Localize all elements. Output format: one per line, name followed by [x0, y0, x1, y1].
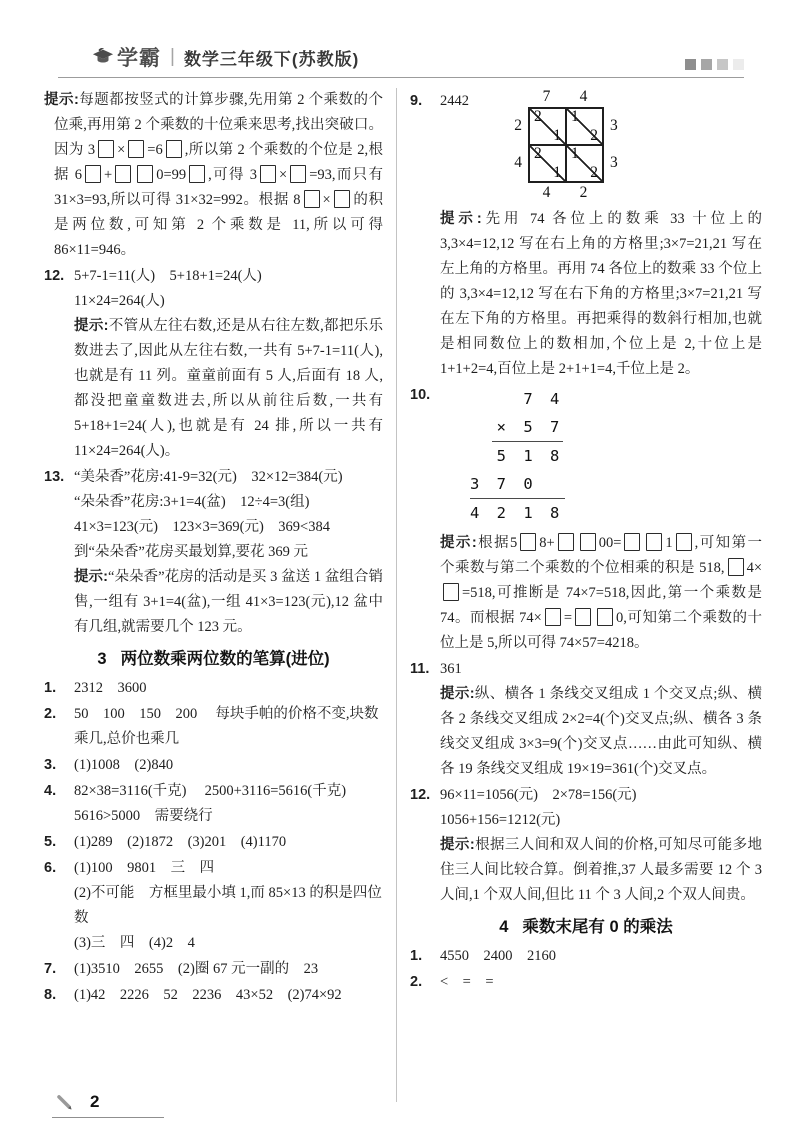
answer-line: 5616>5000 需要绕行: [74, 804, 383, 829]
answer-item-1: 1. 2312 3600: [44, 676, 383, 701]
lattice-cell-lower: 2: [590, 165, 598, 181]
item-body: 2442 7 4 2 4: [440, 89, 762, 382]
answer-line: “朵朵香”花房:3+1=4(盆) 12÷4=3(组): [74, 490, 383, 515]
lattice-label: 4: [565, 87, 602, 107]
item-body: 50 100 150 200 每块手帕的价格不变,块数乘几,总价也乘几: [74, 702, 383, 752]
item-number: 11.: [410, 657, 440, 782]
vmult-row: 4 2 1 8: [470, 499, 563, 527]
item-body: (1)42 2226 52 2236 43×52 (2)74×92: [74, 983, 383, 1008]
hint-text: 根据58+00=1,可知第一个乘数与第二个乘数的个位相乘的积是 518,4×=5…: [440, 535, 762, 651]
lattice-grid: 2 1 1 2 2 1: [528, 107, 604, 183]
hint-text: 先用 74 各位上的数乘 33 十位上的 3,3×4=12,12 写在右上角的方…: [440, 211, 762, 377]
item-body: 82×38=3116(千克) 2500+3116=5616(千克) 5616>5…: [74, 779, 383, 829]
answer-item-13: 13. “美朵香”花房:41-9=32(元) 32×12=384(元) “朵朵香…: [44, 465, 383, 640]
item-body: 7 4 × 5 7 5 1 8 3 7 0 4 2 1 8 提示:根据58+00…: [440, 383, 762, 656]
item-number: 2.: [44, 702, 74, 752]
item-number: 12.: [44, 264, 74, 464]
page-footer: 2: [52, 1092, 164, 1118]
answer-line: (1)3510 2655 (2)圈 67 元一副的 23: [74, 957, 383, 982]
item-body: (1)289 (2)1872 (3)201 (4)1170: [74, 830, 383, 855]
answer-item-6: 6. (1)100 9801 三 四 (2)不可能 方框里最小填 1,而 85×…: [44, 856, 383, 956]
answer-line: 96×11=1056(元) 2×78=156(元): [440, 783, 762, 808]
answer-item-1-s4: 1. 4550 2400 2160: [410, 944, 762, 969]
answer-line: 到“朵朵香”花房买最划算,要花 369 元: [74, 540, 383, 565]
empty-answer-box: [115, 165, 131, 183]
item-body: 96×11=1056(元) 2×78=156(元) 1056+156=1212(…: [440, 783, 762, 908]
hint-paragraph: 提示:先用 74 各位上的数乘 33 十位上的 3,3×4=12,12 写在右上…: [440, 207, 762, 382]
vertical-multiplication: 7 4 × 5 7 5 1 8 3 7 0 4 2 1 8: [470, 385, 563, 527]
item-number: 2.: [410, 970, 440, 995]
lattice-cell: 1 2: [566, 145, 603, 182]
hint-paragraph: 提示:根据58+00=1,可知第一个乘数与第二个乘数的个位相乘的积是 518,4…: [440, 531, 762, 656]
vmult-row: 7 4: [470, 385, 563, 413]
right-column: 9. 2442 7 4 2 4: [397, 88, 762, 1102]
empty-answer-box: [558, 533, 574, 551]
corner-square: [733, 59, 744, 70]
lattice-right-labels: 3 3: [604, 107, 625, 183]
hint-paragraph-continued: 提示:每题都按竖式的计算步骤,先用第 2 个乘数的个位乘,再用第 2 个乘数的十…: [44, 88, 383, 263]
section-number: 3: [97, 650, 106, 668]
empty-answer-box: [580, 533, 596, 551]
lattice-label: 4: [507, 144, 528, 181]
answer-item-3: 3. (1)1008 (2)840: [44, 753, 383, 778]
empty-answer-box: [520, 533, 536, 551]
book-title: 数学三年级下(苏教版): [184, 45, 359, 70]
lattice-bottom-labels: 4 2: [528, 183, 625, 203]
lattice-cell: 2 1: [529, 108, 566, 145]
empty-answer-box: [334, 190, 350, 208]
answer-line: (1)42 2226 52 2236 43×52 (2)74×92: [74, 983, 383, 1008]
item-body: 361 提示:纵、横各 1 条线交叉组成 1 个交叉点;纵、横各 2 条线交叉组…: [440, 657, 762, 782]
item-body: < = =: [440, 970, 762, 995]
answer-line: 2312 3600: [74, 676, 383, 701]
answer-item-5: 5. (1)289 (2)1872 (3)201 (4)1170: [44, 830, 383, 855]
lattice-label: 2: [507, 107, 528, 144]
answer-line: 4550 2400 2160: [440, 944, 762, 969]
answer-line: (3)三 四 (4)2 4: [74, 931, 383, 956]
empty-answer-box: [85, 165, 101, 183]
lattice-cell-lower: 1: [553, 128, 561, 144]
item-number: 10.: [410, 383, 440, 656]
hint-text: 每题都按竖式的计算步骤,先用第 2 个乘数的个位乘,再用第 2 个乘数的十位乘来…: [54, 92, 383, 258]
item-number: 4.: [44, 779, 74, 829]
lattice-label: 3: [604, 107, 625, 144]
item-number: 7.: [44, 957, 74, 982]
item-body: (1)3510 2655 (2)圈 67 元一副的 23: [74, 957, 383, 982]
item-number: 8.: [44, 983, 74, 1008]
hint-text: 根据三人间和双人间的价格,可知尽可能多地住三人间比较合算。倒着推,37 人最多需…: [440, 837, 762, 903]
brand-logo: 学霸: [92, 42, 161, 72]
hint-label: 提示:: [440, 535, 477, 551]
hint-label: 提示:: [74, 569, 108, 585]
lattice-top-labels: 7 4: [528, 87, 625, 107]
lattice-cell: 1 2: [566, 108, 603, 145]
section-number: 4: [499, 918, 508, 936]
empty-answer-box: [443, 583, 459, 601]
lattice-cell: 2 1: [529, 145, 566, 182]
brand-logo-text: 学霸: [117, 42, 161, 72]
corner-square: [717, 59, 728, 70]
answer-line: 50 100 150 200 每块手帕的价格不变,块数乘几,总价也乘几: [74, 702, 383, 752]
answer-item-8: 8. (1)42 2226 52 2236 43×52 (2)74×92: [44, 983, 383, 1008]
answer-line: (2)不可能 方框里最小填 1,而 85×13 的积是四位数: [74, 881, 383, 931]
answer-item-2-s4: 2. < = =: [410, 970, 762, 995]
section-heading-4: 4乘数末尾有 0 的乘法: [410, 915, 762, 940]
empty-answer-box: [728, 558, 744, 576]
answer-item-11: 11. 361 提示:纵、横各 1 条线交叉组成 1 个交叉点;纵、横各 2 条…: [410, 657, 762, 782]
empty-answer-box: [290, 165, 306, 183]
item-number: 13.: [44, 465, 74, 640]
vmult-row: × 5 7: [470, 413, 563, 441]
answer-value: 2442: [440, 89, 469, 114]
answer-line: 5+7-1=11(人) 5+18+1=24(人): [74, 264, 383, 289]
hint-paragraph: 提示:不管从左往右数,还是从右往左数,都把乐乐数进去了,因此从左往右数,一共有 …: [74, 314, 383, 464]
graduation-cap-icon: [92, 46, 114, 68]
hint-label: 提示:: [440, 211, 482, 227]
empty-answer-box: [304, 190, 320, 208]
item-number: 1.: [44, 676, 74, 701]
page-number: 2: [90, 1092, 99, 1112]
hint-text: 纵、横各 1 条线交叉组成 1 个交叉点;纵、横各 2 条线交叉组成 2×2=4…: [440, 686, 762, 777]
answer-item-12-right: 12. 96×11=1056(元) 2×78=156(元) 1056+156=1…: [410, 783, 762, 908]
hint-text: “朵朵香”花房的活动是买 3 盆送 1 盆组合销售,一组有 3+1=4(盆),一…: [74, 569, 383, 635]
empty-answer-box: [676, 533, 692, 551]
answer-line: (1)100 9801 三 四: [74, 856, 383, 881]
lattice-left-labels: 2 4: [507, 107, 528, 183]
corner-square: [701, 59, 712, 70]
empty-answer-box: [137, 165, 153, 183]
answer-line: 1056+156=1212(元): [440, 808, 762, 833]
answer-line: 41×3=123(元) 123×3=369(元) 369<384: [74, 515, 383, 540]
corner-decoration: [685, 59, 744, 70]
brand-block: 学霸 | 数学三年级下(苏教版): [92, 42, 359, 72]
vmult-row: 5 1 8: [470, 442, 563, 470]
lattice-cell-upper: 1: [571, 146, 579, 162]
answer-line: (1)1008 (2)840: [74, 753, 383, 778]
answer-line: (1)289 (2)1872 (3)201 (4)1170: [74, 830, 383, 855]
lattice-cell-upper: 1: [571, 109, 579, 125]
corner-square: [685, 59, 696, 70]
section-title: 乘数末尾有 0 的乘法: [522, 918, 672, 936]
empty-answer-box: [646, 533, 662, 551]
lattice-label: 3: [604, 144, 625, 181]
header-separator: |: [170, 46, 175, 68]
empty-answer-box: [545, 608, 561, 626]
item-body: (1)100 9801 三 四 (2)不可能 方框里最小填 1,而 85×13 …: [74, 856, 383, 956]
section-heading-3: 3两位数乘两位数的笔算(进位): [44, 647, 383, 672]
answer-line: < = =: [440, 970, 762, 995]
hint-paragraph: 提示:纵、横各 1 条线交叉组成 1 个交叉点;纵、横各 2 条线交叉组成 2×…: [440, 682, 762, 782]
empty-answer-box: [624, 533, 640, 551]
hint-label: 提示:: [440, 837, 475, 853]
workbook-answer-page: 学霸 | 数学三年级下(苏教版) 提示:每题都按竖式的计算步骤,先用第 2 个乘…: [0, 0, 800, 1144]
empty-answer-box: [189, 165, 205, 183]
item-number: 1.: [410, 944, 440, 969]
empty-answer-box: [260, 165, 276, 183]
lattice-cell-lower: 1: [553, 165, 561, 181]
answer-row: 2442 7 4 2 4: [440, 89, 762, 207]
answer-item-7: 7. (1)3510 2655 (2)圈 67 元一副的 23: [44, 957, 383, 982]
answer-item-10: 10. 7 4 × 5 7 5 1 8 3 7 0 4 2 1 8 提示:根据5…: [410, 383, 762, 656]
hint-text: 不管从左往右数,还是从右往左数,都把乐乐数进去了,因此从左往右数,一共有 5+7…: [74, 318, 383, 459]
answer-line: 11×24=264(人): [74, 289, 383, 314]
answer-item-12: 12. 5+7-1=11(人) 5+18+1=24(人) 11×24=264(人…: [44, 264, 383, 464]
lattice-label: 2: [565, 183, 602, 203]
empty-answer-box: [166, 140, 182, 158]
hint-label: 提示:: [44, 92, 79, 108]
answer-item-4: 4. 82×38=3116(千克) 2500+3116=5616(千克) 561…: [44, 779, 383, 829]
item-number: 6.: [44, 856, 74, 956]
lattice-label: 7: [528, 87, 565, 107]
empty-answer-box: [597, 608, 613, 626]
hint-label: 提示:: [74, 318, 108, 334]
item-body: 2312 3600: [74, 676, 383, 701]
hint-paragraph: 提示:“朵朵香”花房的活动是买 3 盆送 1 盆组合销售,一组有 3+1=4(盆…: [74, 565, 383, 640]
answer-item-2: 2. 50 100 150 200 每块手帕的价格不变,块数乘几,总价也乘几: [44, 702, 383, 752]
item-body: 5+7-1=11(人) 5+18+1=24(人) 11×24=264(人) 提示…: [74, 264, 383, 464]
empty-answer-box: [128, 140, 144, 158]
hint-label: 提示:: [440, 686, 475, 702]
item-number: 12.: [410, 783, 440, 908]
page-header: 学霸 | 数学三年级下(苏教版): [58, 34, 744, 78]
empty-answer-box: [575, 608, 591, 626]
lattice-label: 4: [528, 183, 565, 203]
pencil-icon: [54, 1092, 74, 1112]
item-body: 4550 2400 2160: [440, 944, 762, 969]
empty-answer-box: [98, 140, 114, 158]
item-number: 9.: [410, 89, 440, 382]
vmult-row: 3 7 0: [470, 470, 563, 498]
hint-paragraph: 提示:根据三人间和双人间的价格,可知尽可能多地住三人间比较合算。倒着推,37 人…: [440, 833, 762, 908]
answer-line: 361: [440, 657, 762, 682]
lattice-cell-upper: 2: [534, 109, 542, 125]
answer-item-9: 9. 2442 7 4 2 4: [410, 89, 762, 382]
answer-line: “美朵香”花房:41-9=32(元) 32×12=384(元): [74, 465, 383, 490]
section-title: 两位数乘两位数的笔算(进位): [121, 650, 330, 668]
left-column: 提示:每题都按竖式的计算步骤,先用第 2 个乘数的个位乘,再用第 2 个乘数的十…: [44, 88, 396, 1102]
page-content: 提示:每题都按竖式的计算步骤,先用第 2 个乘数的个位乘,再用第 2 个乘数的十…: [44, 88, 762, 1102]
item-number: 5.: [44, 830, 74, 855]
item-body: “美朵香”花房:41-9=32(元) 32×12=384(元) “朵朵香”花房:…: [74, 465, 383, 640]
lattice-cell-lower: 2: [590, 128, 598, 144]
item-body: (1)1008 (2)840: [74, 753, 383, 778]
lattice-cell-upper: 2: [534, 146, 542, 162]
item-number: 3.: [44, 753, 74, 778]
lattice-middle: 2 4 2 1 1 2: [507, 107, 625, 183]
answer-line: 82×38=3116(千克) 2500+3116=5616(千克): [74, 779, 383, 804]
lattice-multiplication-diagram: 7 4 2 4 2: [507, 87, 625, 203]
